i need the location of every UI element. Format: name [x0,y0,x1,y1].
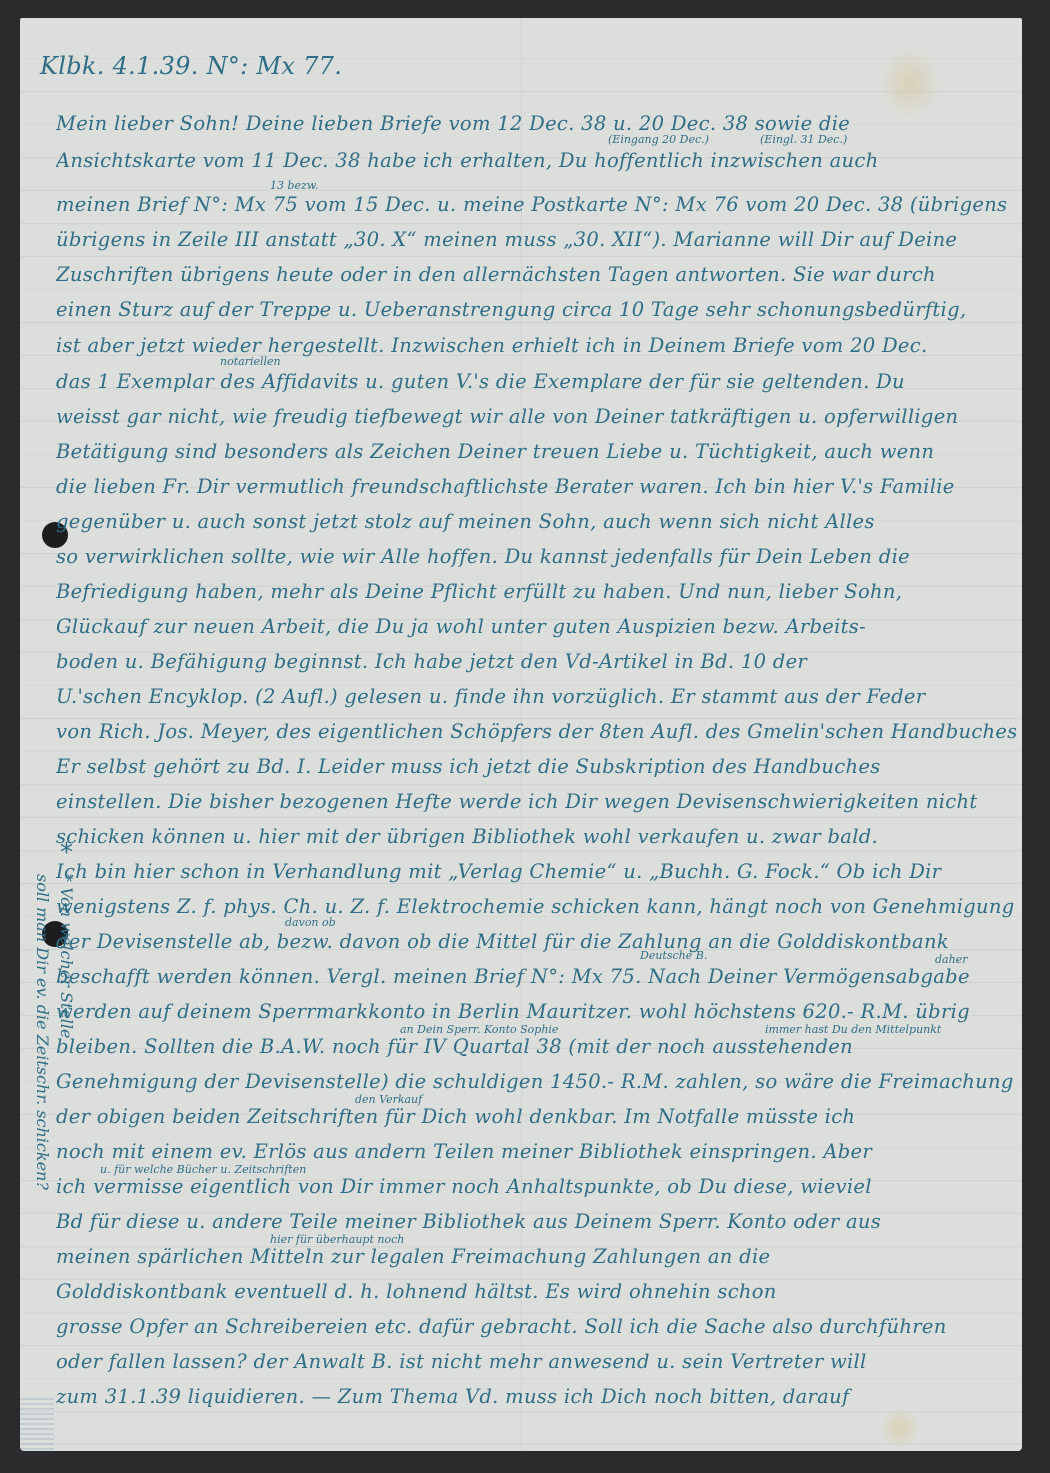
insert-note: (Eingang 20 Dec.) [608,134,709,146]
letter-line: Betätigung sind besonders als Zeichen De… [56,440,1016,464]
letter-line: beschafft werden können. Vergl. meinen B… [56,965,1016,989]
letter-line: einstellen. Die bisher bezogenen Hefte w… [56,790,1016,814]
insert-note: hier für überhaupt noch [270,1234,404,1246]
letter-line: der obigen beiden Zeitschriften für Dich… [56,1105,1016,1129]
insert-note: davon ob [285,917,336,929]
letter-line: wenigstens Z. f. phys. Ch. u. Z. f. Elek… [56,895,1016,919]
letter-line: Glückauf zur neuen Arbeit, die Du ja woh… [56,615,1016,639]
letter-line: werden auf deinem Sperrmarkkonto in Berl… [56,1000,1016,1024]
letter-line: Ansichtskarte vom 11 Dec. 38 habe ich er… [56,149,1016,173]
insert-note: immer hast Du den Mittelpunkt [765,1024,941,1036]
letter-line: gegenüber u. auch sonst jetzt stolz auf … [56,510,1016,534]
letter-line: das 1 Exemplar des Affidavits u. guten V… [56,370,1016,394]
paper-stain [880,48,940,118]
letter-line: Bd für diese u. andere Teile meiner Bibl… [56,1210,1016,1234]
insert-note: daher [935,954,967,966]
letter-line: oder fallen lassen? der Anwalt B. ist ni… [56,1350,1016,1374]
letter-line: U.'schen Encyklop. (2 Aufl.) gelesen u. … [56,685,1016,709]
letter-line: schicken können u. hier mit der übrigen … [56,825,1016,849]
insert-note: 13 bezw. [270,180,318,192]
letter-line: Zuschriften übrigens heute oder in den a… [56,263,1016,287]
paper-stain [880,1408,920,1448]
insert-note: notariellen [220,356,281,368]
margin-note-line: * Von welcher Stelle [57,874,76,1039]
letter-line: Ich bin hier schon in Verhandlung mit „V… [56,860,1016,884]
letter-line: zum 31.1.39 liquidieren. — Zum Thema Vd.… [56,1385,1016,1409]
margin-note-line: soll man Dir ev. die Zeitschr. schicken? [33,874,52,1190]
letter-line: Befriedigung haben, mehr als Deine Pflic… [56,580,1016,604]
letter-line: so verwirklichen sollte, wie wir Alle ho… [56,545,1016,569]
letter-line: meinen spärlichen Mitteln zur legalen Fr… [56,1245,1016,1269]
letter-line: bleiben. Sollten die B.A.W. noch für IV … [56,1035,1016,1059]
letter-line: übrigens in Zeile III anstatt „30. X“ me… [56,228,1016,252]
letter-line: einen Sturz auf der Treppe u. Ueberanstr… [56,298,1016,322]
asterisk-mark: * [60,838,73,868]
letter-line: ist aber jetzt wieder hergestellt. Inzwi… [56,334,1016,358]
letter-line: Er selbst gehört zu Bd. I. Leider muss i… [56,755,1016,779]
insert-note: (Eingl. 31 Dec.) [760,134,847,146]
letter-line: boden u. Befähigung beginnst. Ich habe j… [56,650,1016,674]
margin-note: * * Von welcher Stelle soll man Dir ev. … [30,830,120,1250]
insert-note: an Dein Sperr. Konto Sophie [400,1024,558,1036]
letter-line: die lieben Fr. Dir vermutlich freundscha… [56,475,1016,499]
letter-line: weisst gar nicht, wie freudig tiefbewegt… [56,405,1016,429]
paper-edge-mark [20,1398,54,1450]
letter-line: Golddiskontbank eventuell d. h. lohnend … [56,1280,1016,1304]
letter-line: Genehmigung der Devisenstelle) die schul… [56,1070,1016,1094]
letter-line: meinen Brief N°: Mx 75 vom 15 Dec. u. me… [56,193,1016,217]
letter-line: von Rich. Jos. Meyer, des eigentlichen S… [56,720,1016,744]
letter-line: grosse Opfer an Schreibereien etc. dafür… [56,1315,1016,1339]
letter-line: Mein lieber Sohn! Deine lieben Briefe vo… [56,112,1016,136]
insert-note: Deutsche B. [640,950,707,962]
letter-header: Klbk. 4.1.39. N°: Mx 77. [40,52,342,80]
letter-line: der Devisenstelle ab, bezw. davon ob die… [56,930,1016,954]
letter-line: noch mit einem ev. Erlös aus andern Teil… [56,1140,1016,1164]
letter-line: ich vermisse eigentlich von Dir immer no… [56,1175,1016,1199]
insert-note: u. für welche Bücher u. Zeitschriften [100,1164,306,1176]
insert-note: den Verkauf [355,1094,422,1106]
